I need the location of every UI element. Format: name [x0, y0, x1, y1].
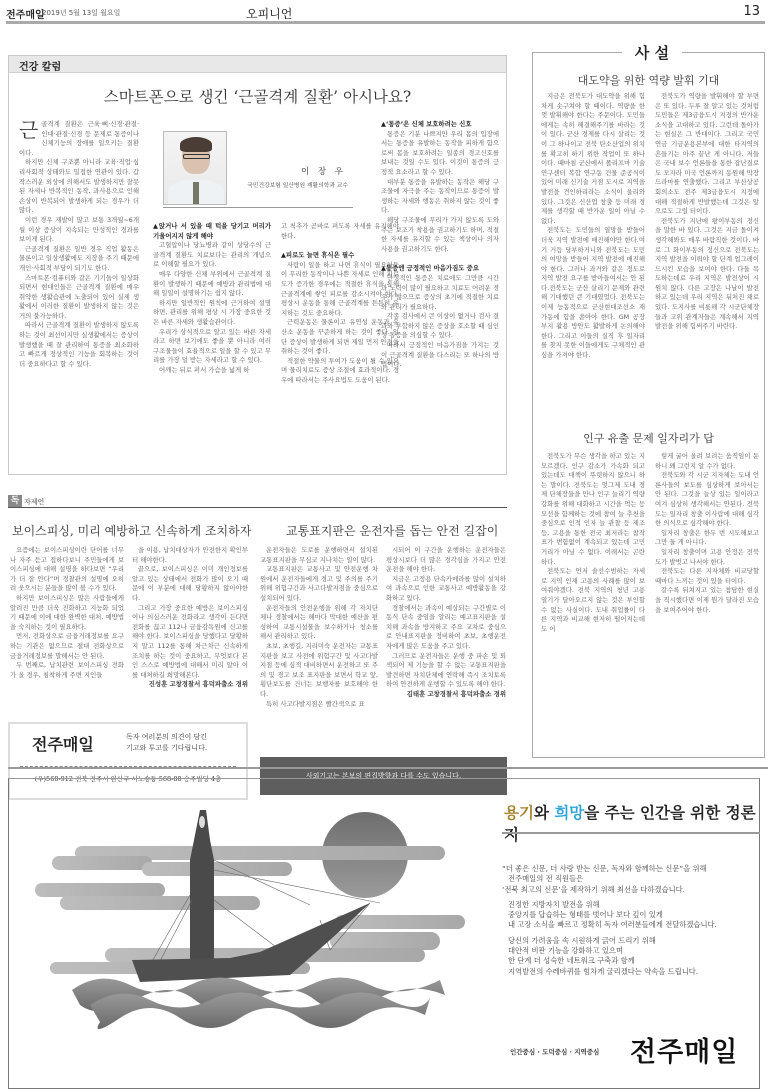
health-article-title: 스마트폰으로 생긴 ‘근골격계 질환’ 아시나요?: [9, 85, 506, 107]
paragraph: 운전자들의 안전운행을 위해 각 자치단체나 경찰에서는 해마다 막대한 예산을…: [260, 604, 378, 642]
reader-section-header: 독 자제언: [8, 495, 507, 504]
paragraph: 지금은 전북도가 대도약을 위해 힘차게 솟구쳐야 할 때이다. 역량을 한껏 …: [541, 92, 645, 226]
author-name: 이 장 우: [301, 165, 346, 177]
byline: 진성훈 고창경찰서 흥덕파출소 경위: [132, 680, 248, 690]
paragraph: 각종 검사에서 큰 이상이 없거나 검사 결과와 부합하지 않은 증상을 호소할…: [381, 312, 499, 341]
editorial-1-col-1: 지금은 전북도가 대도약을 위해 힘차게 솟구쳐야 할 때이다. 역량을 한껏 …: [541, 92, 645, 432]
lighthouse-ship-illustration-icon: [30, 800, 470, 1050]
slogan-word-courage: 용기: [504, 804, 534, 822]
editorial-title-2: 인구 유출 문제 일자리가 답: [533, 430, 764, 446]
author-affiliation: 국민건강보험 일산병원 재활의학과 교수: [247, 180, 348, 189]
health-col-1: 근 골격계 질환은 근육·뼈·신경·관절·인대·관절·신경 등 문제로 통증이나…: [19, 120, 139, 369]
page-number: 13: [743, 4, 760, 19]
ad-body: “더 좋은 신문, 더 사랑 받는 신문, 독자와 함께하는 신문”을 위해 전…: [502, 864, 762, 982]
message-line: 독자 여러분의 의견이 담긴: [126, 732, 207, 743]
ad-paragraph: 당신의 가려움을 속 시원하게 긁어 드리기 위해 대안적 비판 기능을 강화하…: [502, 936, 762, 977]
paragraph: 이런 경우 재발이 많고 보통 3개월~6개월 이상 증상이 지속되는 만성적인…: [19, 216, 139, 245]
ad-line: “더 좋은 신문, 더 사랑 받는 신문, 독자와 함께하는 신문”을 위해: [502, 864, 762, 874]
paragraph: 특히 사고다발지점은 빨간색으로 표: [260, 700, 378, 710]
paragraph: 매우 다양한 신체 부위에서 근골격계 질환이 발생하기 때문에 예방과 관리법…: [153, 270, 271, 299]
issue-date: 2019년 5월 13일 월요일: [42, 8, 120, 18]
paragraph: 대부분 통증을 유발하는 동작은 해당 구조물에 자극을 주는 동작이므로 통증…: [381, 178, 499, 216]
masthead: 전주매일 2019년 5월 13일 월요일 오피니언 13: [6, 4, 766, 22]
paragraph: 만성적인 통증은 치료에도 그만큼 시간과 노력이 많이 필요하고 치료도 어려…: [381, 274, 499, 312]
reader-section-box: 독: [8, 495, 22, 507]
paragraph: 전북도가 지난에 왕이부동의 정신을 말한 바 있다. 그것은 지금 돌이켜 생…: [655, 217, 759, 332]
paragraph: 일자리 창출은 한두 번 시도해보고 그만 둘 게 아니다.: [655, 529, 759, 548]
paragraph: 두 번째로, 납치관련 보이스피싱 전화가 올 경우, 침착하게 주변 지인들: [10, 661, 124, 680]
contact-message: 독자 여러분의 의견이 담긴 기고와 투고를 기다립니다.: [126, 732, 207, 754]
paragraph: 경찰에서는 과속이 예상되는 구간별로 이동식 단속 중임을 알리는 예고표지판…: [386, 604, 506, 652]
contact-logo: 전주매일: [32, 732, 94, 755]
health-column-header: 건강 칼럼: [9, 56, 506, 73]
health-col-4: ▲‘통증’은 신체 보호하려는 신호 통증은 기분 나쁘지만 우리 몸의 입장에…: [381, 120, 499, 370]
section-title: 오피니언: [246, 5, 292, 22]
paragraph: 전북도가 역량을 발휘해야 할 부면은 또 있다. 두루 잘 알고 있는 것처럼…: [655, 92, 759, 217]
paragraph: 지금은 고정용 단속카메라를 많이 설치하여 과속으로 인한 교통사고 예방활동…: [386, 575, 506, 604]
ad-line: 내 고장 소식을 빠르고 정확히 독자 여러분들에게 전달하겠습니다.: [508, 920, 762, 930]
paragraph: 갈수록 뒤쳐지고 있는 참담한 현실을 직시했다면 이제 뭔가 달라진 모습을 …: [655, 586, 759, 615]
paragraph: 전북도와 각 시군 지자체는 도내 언론사들의 보도를 심상하게 보아서는 안 …: [655, 471, 759, 529]
ad-line: 한 단계 더 성숙한 네트워크 구축과 함께: [508, 956, 762, 966]
dropcap: 근: [19, 120, 38, 140]
paragraph: 스마트폰·컴퓨터와 같은 기기들이 일상화되면서 현대인들은 근골격계 질환에 …: [19, 274, 139, 322]
ad-line: 전주매일의 전 직원들은: [502, 874, 762, 884]
paragraph: 따라서 긍정적인 마음가짐을 가지는 것이 근골격계 질환을 다스리는 또 하나…: [381, 341, 499, 370]
editorial-2-col-1: 전북도가 무슨 생각을 하고 있는 지 모르겠다. 인구 감소가 가속화 되고 …: [541, 452, 645, 752]
paragraph: 우리가 상식적으로 알고 있는 바른 자세라고 하면 보기에도 좋을 뿐 아니라…: [153, 328, 271, 366]
reader-section-label: 자제언: [24, 497, 44, 507]
paragraph: 그리고 가장 중요한 예방은 보이스피싱이나 의심스러운 전화라고 생각이 든다…: [132, 604, 248, 681]
paragraph: 끝으로, 보이스피싱은 이미 개인정보를 알고 있는 상태에서 전화가 많이 오…: [132, 565, 248, 603]
page-section-divider: [8, 767, 768, 769]
reader-article-1-title: 보이스피싱, 미리 예방하고 신속하게 조치하자: [12, 522, 251, 539]
paragraph: 전북도는 먼저 솔선수범하는 자세로 지역 인재 고용의 사례를 많이 보여줘야…: [541, 567, 645, 634]
health-col-2: ▲앉거나 서 있을 때 턱을 당기고 머리가 기울어지지 않게 해야 고혈압이나…: [153, 222, 271, 376]
health-column-label: 건강 칼럼: [19, 58, 61, 73]
paragraph: 전북도가 무슨 생각을 하고 있는 지 모르겠다. 인구 감소가 가속화 되고 …: [541, 452, 645, 567]
subheading: ▲앉거나 서 있을 때 턱을 당기고 머리가 기울어지지 않게 해야: [153, 222, 271, 241]
subheading: ▲통증엔 긍정적인 마음가짐도 중요: [381, 264, 499, 274]
ad-line: 중앙지를 답습하는 형태를 벗어나 보다 깊이 있게: [508, 910, 762, 920]
paragraph: 해당 구조물에 무리가 가지 않도록 도와주는 보조기 착용을 권고하기도 하며…: [381, 216, 499, 254]
paragraph: 따라서 근골격계 질환이 발생하지 않도록 하는 것이 최선이지만 실생활에서는…: [19, 321, 139, 369]
slogan-text: 와: [534, 804, 554, 822]
paragraph: 통증은 기분 나쁘지만 우리 몸의 입장에서는 통증을 유발하는 동작을 피하게…: [381, 130, 499, 178]
paragraph: 초보, 초행길, 지리미숙 운전자는 교통표지판을 보고 사전에 위험구간 및 …: [260, 642, 378, 700]
reader-article-2-col-2: 시되어 이 구간을 운행하는 운전자들은 평상시보다 더 많은 경각심을 가지고…: [386, 546, 506, 750]
paragraph: 먼저, 전화상으로 금융거래정보를 요구하는 기관은 없으므로 절대 전화상으로…: [10, 632, 124, 661]
reader-article-2-title: 교통표지판은 운전자를 돕는 안전 길잡이: [286, 522, 498, 539]
paragraph: 고혈압이나 당뇨병과 같이 상당수의 근골격계 질환도 치료보다는 관리의 개념…: [153, 241, 271, 270]
reader-article-1-col-2: 을 이용, 납치대상자가 안전한지 확인부터 해야한다. 끝으로, 보이스피싱은…: [132, 546, 248, 716]
ad-line: 대안적 비판 기능을 강화하고 있으며: [508, 946, 762, 956]
paragraph: 요즘에는 보이스피싱이란 단어를 너무나 자주 듣고 접하다보니 주민들에게 보…: [10, 546, 124, 594]
reader-article-2-col-1: 운전자들은 도로를 운행하면서 설치된 교통표지판을 무심코 지나치는 일이 많…: [260, 546, 378, 750]
paragraph: 하지만 일반적인 원칙에 근거하여 설명하면, 관리를 위해 평상 시 가장 중…: [153, 299, 271, 328]
paragraph: 근골격계 질환은 일반 경우 직업 활동은 물론이고 일상생활에도 지장을 주기…: [19, 245, 139, 274]
reader-section-rule: [8, 507, 507, 508]
slogan-word-hope: 희망: [554, 804, 584, 822]
paragraph: 을 이용, 납치대상자가 안전한지 확인부터 해야한다.: [132, 546, 248, 565]
ad-logo: 전주매일: [630, 1030, 738, 1069]
ad-paragraph: 진정한 지방자치 발전을 위해 중앙지를 답습하는 형태를 벗어나 보다 깊이 …: [502, 900, 762, 931]
paragraph: 전북도는 다른 지자체와 비교당할 때마다 느끼는 것이 있을 터이다.: [655, 567, 759, 586]
ad-line: ‘전북 최고의 신문’을 제작하기 위해 최선을 다하겠습니다.: [502, 885, 762, 895]
paragraph: 하지만 보이스피싱은 많은 사람들에게 알려진 만큼 더욱 진화하고 지능화 되…: [10, 594, 124, 632]
paragraph: 교통표지판은 교통사고 및 안전운행 차원에서 운전자들에게 경고 및 주의를 …: [260, 565, 378, 603]
editorial-box: 대도약을 위한 역량 발휘 기대 지금은 전북도가 대도약을 위해 힘차게 솟구…: [532, 52, 765, 758]
author-photo: [163, 131, 227, 205]
ad-mottos: 인간중심 · 도덕중심 · 지역중심: [510, 1047, 599, 1056]
byline: 김태훈 고창경찰서 흥덕파출소 경위: [386, 690, 506, 700]
ad-line: 진정한 지방자치 발전을 위해: [508, 900, 762, 910]
photo-divider: [163, 207, 353, 208]
paragraph: 하지만 신체 구조뿐 아니라 교육·직업·심리사회적 상태와도 밀접한 연관이 …: [19, 158, 139, 216]
masthead-divider: [6, 21, 765, 24]
subheading: ▲‘통증’은 신체 보호하려는 신호: [381, 120, 499, 130]
ad-paragraph: “더 좋은 신문, 더 사랑 받는 신문, 독자와 함께하는 신문”을 위해 전…: [502, 864, 762, 895]
ad-line: 지역발전의 수레바퀴를 힘차게 굴리겠다는 약속을 드립니다.: [508, 967, 762, 977]
paragraph: 운전자들은 도로를 운행하면서 설치된 교통표지판을 무심코 지나치는 일이 많…: [260, 546, 378, 565]
ad-slogan: 용기와 희망을 주는 인간을 위한 정론지: [504, 801, 770, 845]
paragraph: 일자리 창출이며 고용 안정은 전북도가 발벗고 나서야 한다.: [655, 548, 759, 567]
editorial-1-col-2: 전북도가 역량을 발휘해야 할 부면은 또 있다. 두루 잘 알고 있는 것처럼…: [655, 92, 759, 432]
ad-slogan-rule: [502, 832, 760, 834]
health-column: 건강 칼럼 스마트폰으로 생긴 ‘근골격계 질환’ 아시나요? 이 장 우 국민…: [8, 55, 507, 475]
paragraph: 그러므로 운전자들은 운행 중 파손 및 퇴색되어 제 기능을 할 수 없는 교…: [386, 652, 506, 690]
paragraph: 어깨는 뒤로 펴서 가슴을 넓게 하: [153, 366, 271, 376]
message-line: 기고와 투고를 기다립니다.: [126, 743, 207, 754]
reader-article-1-col-1: 요즘에는 보이스피싱이란 단어를 너무나 자주 듣고 접하다보니 주민들에게 보…: [10, 546, 124, 716]
editorial-title-1: 대도약을 위한 역량 발휘 기대: [533, 72, 764, 88]
newspaper-logo: 전주매일: [6, 6, 45, 21]
editorial-2-col-2: 렇게 굴어 올려 보려는 움직임이 둔하니 왜 그런지 알 수가 없다. 전북도…: [655, 452, 759, 752]
ad-line: 당신의 가려움을 속 시원하게 긁어 드리기 위해: [508, 936, 762, 946]
paragraph: 시되어 이 구간을 운행하는 운전자들은 평상시보다 더 많은 경각심을 가지고…: [386, 546, 506, 575]
paragraph: 렇게 굴어 올려 보려는 움직임이 둔하니 왜 그런지 알 수가 없다.: [655, 452, 759, 471]
paragraph: 전북도는 도민들의 열망을 받들어 더욱 지역 발전에 매진해야만 한다.여기 …: [541, 226, 645, 360]
